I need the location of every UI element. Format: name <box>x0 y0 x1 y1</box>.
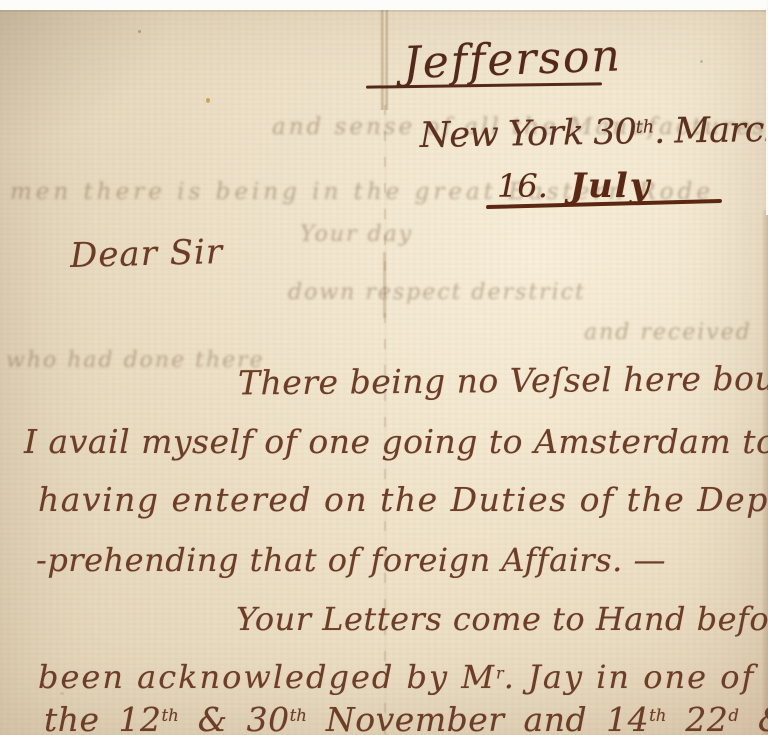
salutation: Dear Sir <box>70 232 224 276</box>
showthrough-line: down respect derstrict <box>288 280 586 305</box>
dateline: New York 30th. March 179 <box>419 108 768 156</box>
scan-edge-shadow <box>0 10 768 12</box>
paper-speck <box>60 692 64 695</box>
docket-title: Jefferson <box>402 30 622 89</box>
showthrough-line: and received <box>584 320 752 345</box>
manuscript-line: There being no Veſsel here bound to any … <box>238 357 768 403</box>
manuscript-line: having entered on the Duties of the Depa… <box>38 480 768 519</box>
paper-speck <box>700 60 703 63</box>
docket-underline <box>366 82 602 88</box>
manuscript-page: and sense of all the Manufactures. —men … <box>0 0 768 735</box>
showthrough-line: Your day <box>300 222 413 247</box>
manuscript-line: been acknowledged by Mr. Jay in one of t… <box>38 658 768 696</box>
scan-border-top <box>0 0 768 10</box>
paper-speck <box>138 30 141 33</box>
showthrough-line: who had done there <box>6 348 265 373</box>
manuscript-line: Your Letters come to Hand before the 3d.… <box>236 600 768 638</box>
paper-edge-shadow <box>761 210 768 735</box>
paper-speck <box>206 98 210 103</box>
received-date: 16.July <box>497 166 651 206</box>
manuscript-line: -prehending that of foreign Affairs. — <box>36 541 666 579</box>
fold-crease-top <box>380 10 389 110</box>
manuscript-line: the 12th & 30th November and 14th 22d & … <box>44 700 768 735</box>
manuscript-line: I avail myself of one going to Amsterdam… <box>24 422 768 461</box>
received-day: 16. <box>497 167 548 205</box>
received-month: July <box>570 166 651 206</box>
paper-shading-top-left <box>0 8 190 158</box>
